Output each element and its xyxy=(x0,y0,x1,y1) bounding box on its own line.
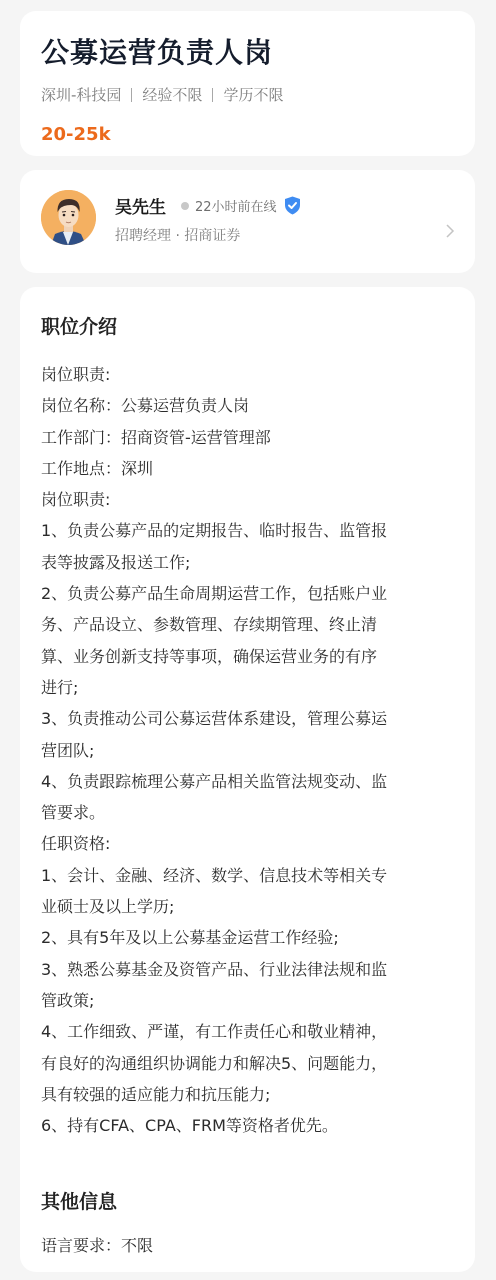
description-line: 2、负责公募产品生命周期运营工作，包括账户业 xyxy=(41,578,461,609)
divider xyxy=(131,88,132,102)
verified-shield-icon xyxy=(284,196,301,215)
description-line: 工作部门：招商资管-运营管理部 xyxy=(41,422,461,453)
job-description-body: 岗位职责: 岗位名称：公募运营负责人岗 工作部门：招商资管-运营管理部 工作地点… xyxy=(41,359,461,1141)
job-description-card: 职位介绍 岗位职责: 岗位名称：公募运营负责人岗 工作部门：招商资管-运营管理部… xyxy=(20,287,475,1272)
job-salary: 20-25k xyxy=(41,124,111,145)
description-line: 表等披露及报送工作; xyxy=(41,547,461,578)
description-line: 2、具有5年及以上公募基金运营工作经验; xyxy=(41,922,461,953)
job-experience: 经验不限 xyxy=(142,84,202,105)
description-line: 有良好的沟通组织协调能力和解决5、问题能力， xyxy=(41,1048,461,1079)
description-line: 具有较强的适应能力和抗压能力; xyxy=(41,1079,461,1110)
job-education: 学历不限 xyxy=(223,84,283,105)
description-line: 算、业务创新支持等事项，确保运营业务的有序 xyxy=(41,641,461,672)
language-requirement: 语言要求：不限 xyxy=(41,1233,153,1256)
online-status-text: 22小时前在线 xyxy=(195,196,277,215)
description-line: 管要求。 xyxy=(41,797,461,828)
section-title-other-info: 其他信息 xyxy=(41,1187,117,1214)
online-dot-icon xyxy=(181,202,189,210)
job-title: 公募运营负责人岗 xyxy=(41,31,273,71)
description-line: 务、产品设立、参数管理、存续期管理、终止清 xyxy=(41,609,461,640)
description-line: 营团队; xyxy=(41,735,461,766)
description-line: 3、负责推动公司公募运营体系建设，管理公募运 xyxy=(41,703,461,734)
recruiter-title-company: 招聘经理 · 招商证券 xyxy=(115,225,240,245)
job-meta: 深圳-科技园 经验不限 学历不限 xyxy=(41,84,283,105)
description-line: 1、负责公募产品的定期报告、临时报告、监管报 xyxy=(41,515,461,546)
divider xyxy=(212,88,213,102)
job-summary-card: 公募运营负责人岗 深圳-科技园 经验不限 学历不限 20-25k xyxy=(20,11,475,156)
recruiter-card[interactable]: 吴先生 22小时前在线 招聘经理 · 招商证券 xyxy=(20,170,475,273)
job-location: 深圳-科技园 xyxy=(41,84,121,105)
description-line: 3、熟悉公募基金及资管产品、行业法律法规和监 xyxy=(41,954,461,985)
section-title-job-intro: 职位介绍 xyxy=(41,312,117,339)
description-line: 4、工作细致、严谨，有工作责任心和敬业精神， xyxy=(41,1016,461,1047)
description-line: 任职资格: xyxy=(41,828,461,859)
recruiter-avatar[interactable] xyxy=(41,190,96,245)
chevron-right-icon[interactable] xyxy=(444,223,456,239)
description-line: 进行; xyxy=(41,672,461,703)
description-line: 工作地点：深圳 xyxy=(41,453,461,484)
description-line: 管政策; xyxy=(41,985,461,1016)
description-line: 岗位名称：公募运营负责人岗 xyxy=(41,390,461,421)
recruiter-name: 吴先生 xyxy=(115,193,166,218)
avatar-illustration-icon xyxy=(41,190,96,245)
description-line: 1、会计、金融、经济、数学、信息技术等相关专 xyxy=(41,860,461,891)
description-line: 4、负责跟踪梳理公募产品相关监管法规变动、监 xyxy=(41,766,461,797)
description-line: 岗位职责: xyxy=(41,484,461,515)
description-line: 岗位职责: xyxy=(41,359,461,390)
description-line: 6、持有CFA、CPA、FRM等资格者优先。 xyxy=(41,1110,461,1141)
description-line: 业硕士及以上学历; xyxy=(41,891,461,922)
online-status: 22小时前在线 xyxy=(181,196,301,215)
